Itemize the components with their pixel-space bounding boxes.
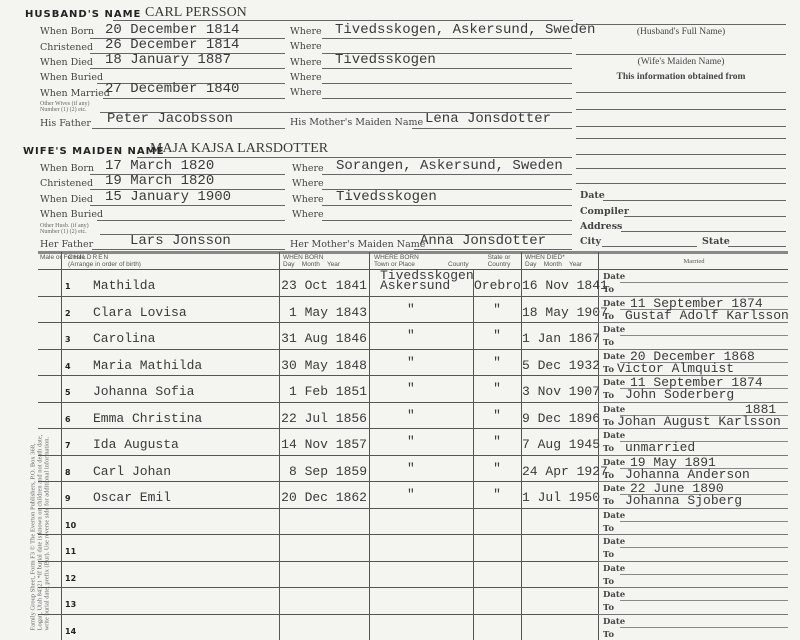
where-label: Where: [292, 194, 324, 205]
where-label: Where: [290, 72, 322, 83]
child-born-state[interactable]: ": [474, 328, 520, 343]
child-born-state[interactable]: Orebro: [474, 278, 520, 293]
child-born-town[interactable]: ": [407, 461, 415, 476]
marriage-to-label: To: [603, 497, 614, 507]
husband-mother-label: His Mother's Maiden Name: [290, 117, 423, 128]
child-died[interactable]: 3 Nov 1907: [522, 384, 596, 399]
husband-other-number-label: Number (1) (2) etc.: [40, 107, 87, 113]
child-number: 10: [65, 521, 76, 530]
header-married: Married: [600, 258, 788, 265]
child-born-town[interactable]: ": [407, 302, 415, 317]
husband-buried-label: When Buried: [40, 72, 103, 83]
wife-born-where[interactable]: Sorangen, Askersund, Sweden: [336, 158, 563, 174]
child-born[interactable]: 8 Sep 1859: [281, 464, 367, 479]
marriage-spouse[interactable]: Gustaf Adolf Karlsson: [625, 308, 789, 323]
wife-father[interactable]: Lars Jonsson: [130, 233, 231, 249]
child-born[interactable]: 1 Feb 1851: [281, 384, 367, 399]
marriage-to-label: To: [603, 630, 614, 640]
child-number: 4: [65, 362, 71, 371]
wife-name[interactable]: MAJA KAJSA LARSDOTTER: [150, 141, 328, 157]
husband-name[interactable]: CARL PERSSON: [145, 5, 247, 21]
header-where-born-sub: Town or Place: [374, 261, 415, 268]
header-children-sub: (Arrange in order of birth): [68, 261, 141, 268]
marriage-date-label: Date: [603, 537, 625, 547]
child-born-town[interactable]: ": [407, 487, 415, 502]
header-where-born: WHERE BORN: [374, 254, 419, 261]
husband-born-label: When Born: [40, 26, 94, 37]
child-name[interactable]: Mathilda: [93, 278, 155, 293]
marriage-to-label: To: [603, 471, 614, 481]
form-publisher-note: Family Group Sheet, Form F3 © The Everto…: [30, 431, 51, 631]
child-died[interactable]: 5 Dec 1932: [522, 358, 596, 373]
husband-married-label: When Married: [40, 88, 110, 99]
marriage-to-label: To: [603, 577, 614, 587]
child-died[interactable]: 7 Aug 1945: [522, 437, 596, 452]
wife-other-number-label: Number (1) (2) etc.: [40, 229, 87, 235]
wife-died[interactable]: 15 January 1900: [105, 189, 231, 205]
wife-buried-label: When Buried: [40, 209, 103, 220]
child-number: 12: [65, 574, 76, 583]
child-number: 13: [65, 600, 76, 609]
marriage-date-label: Date: [603, 299, 625, 309]
husband-mother[interactable]: Lena Jonsdotter: [425, 111, 551, 127]
child-died[interactable]: 16 Nov 1841: [522, 278, 596, 293]
child-name[interactable]: Carl Johan: [93, 464, 171, 479]
header-county: County: [448, 261, 469, 268]
child-name[interactable]: Emma Christina: [93, 411, 202, 426]
where-label: Where: [290, 26, 322, 37]
child-died[interactable]: 18 May 1907: [522, 305, 596, 320]
child-born-town-2[interactable]: Askersund: [380, 278, 450, 293]
marriage-date-label: Date: [603, 431, 625, 441]
wife-maiden-name-caption: (Wife's Maiden Name): [576, 57, 786, 67]
husband-father-label: His Father: [40, 118, 91, 129]
husband-died[interactable]: 18 January 1887: [105, 52, 231, 68]
marriage-date-label: Date: [603, 325, 625, 335]
marriage-to-label: To: [603, 418, 614, 428]
wife-mother-label: Her Mother's Maiden Name: [290, 239, 425, 250]
child-born[interactable]: 30 May 1848: [281, 358, 367, 373]
marriage-to-label: To: [603, 312, 614, 322]
child-born-state[interactable]: ": [474, 487, 520, 502]
wife-mother[interactable]: Anna Jonsdotter: [420, 233, 546, 249]
compiler-label: Compiler: [580, 206, 629, 217]
wife-christened[interactable]: 19 March 1820: [105, 173, 214, 189]
husband-name-heading: HUSBAND'S NAME: [25, 9, 141, 20]
child-born-town[interactable]: ": [407, 408, 415, 423]
marriage-spouse[interactable]: Johanna Anderson: [625, 467, 750, 482]
child-number: 11: [65, 547, 76, 556]
child-number: 7: [65, 441, 71, 450]
child-name[interactable]: Maria Mathilda: [93, 358, 202, 373]
info-obtained-label: This information obtained from: [576, 72, 786, 82]
husband-born[interactable]: 20 December 1814: [105, 22, 239, 38]
child-died[interactable]: 1 Jan 1867: [522, 331, 596, 346]
marriage-date-label: Date: [603, 378, 625, 388]
marriage-to-label: To: [603, 365, 614, 375]
wife-born[interactable]: 17 March 1820: [105, 158, 214, 174]
child-number: 6: [65, 415, 71, 424]
husband-full-name-caption: (Husband's Full Name): [576, 27, 786, 37]
husband-died-label: When Died: [40, 57, 93, 68]
child-born[interactable]: 31 Aug 1846: [281, 331, 367, 346]
where-label: Where: [292, 178, 324, 189]
husband-married[interactable]: 27 December 1840: [105, 81, 239, 97]
child-born[interactable]: 14 Nov 1857: [281, 437, 367, 452]
child-born-town[interactable]: ": [407, 381, 415, 396]
header-when-born: WHEN BORN: [283, 254, 323, 261]
child-born-state[interactable]: ": [474, 302, 520, 317]
child-number: 14: [65, 627, 76, 636]
child-born[interactable]: 20 Dec 1862: [281, 490, 367, 505]
child-born-town[interactable]: ": [407, 328, 415, 343]
marriage-spouse[interactable]: unmarried: [625, 440, 695, 455]
where-label: Where: [292, 163, 324, 174]
child-born-state[interactable]: ": [474, 381, 520, 396]
wife-father-label: Her Father: [40, 239, 93, 250]
child-born-state[interactable]: ": [474, 434, 520, 449]
marriage-to-label: To: [603, 550, 614, 560]
marriage-date-label: Date: [603, 272, 625, 282]
wife-christened-label: Christened: [40, 178, 93, 189]
marriage-date-label: Date: [603, 458, 625, 468]
header-when-died-sub: Day Month Year: [525, 261, 582, 268]
child-born-state[interactable]: ": [474, 355, 520, 370]
wife-name-heading: WIFE'S MAIDEN NAME: [23, 146, 164, 157]
wife-died-where[interactable]: Tivedsskogen: [336, 189, 437, 205]
where-label: Where: [292, 209, 324, 220]
marriage-date-label: Date: [603, 617, 625, 627]
marriage-to-label: To: [603, 285, 614, 295]
header-when-died: WHEN DIED*: [525, 254, 565, 261]
child-born[interactable]: 1 May 1843: [281, 305, 367, 320]
state-label: State: [702, 236, 730, 247]
child-number: 2: [65, 309, 71, 318]
child-number: 3: [65, 335, 71, 344]
marriage-spouse[interactable]: Victor Almquist: [617, 361, 734, 376]
husband-christened-label: Christened: [40, 42, 93, 53]
child-died[interactable]: 24 Apr 1927: [522, 464, 596, 479]
child-name[interactable]: Clara Lovisa: [93, 305, 187, 320]
child-died[interactable]: 9 Dec 1896: [522, 411, 596, 426]
marriage-to-label: To: [603, 391, 614, 401]
child-number: 9: [65, 494, 71, 503]
marriage-to-label: To: [603, 444, 614, 454]
child-born[interactable]: 23 Oct 1841: [281, 278, 367, 293]
child-name[interactable]: Oscar Emil: [93, 490, 171, 505]
child-born-town[interactable]: ": [407, 355, 415, 370]
header-when-born-sub: Day Month Year: [283, 261, 340, 268]
marriage-to-label: To: [603, 338, 614, 348]
husband-christened[interactable]: 26 December 1814: [105, 37, 239, 53]
child-born-town[interactable]: ": [407, 434, 415, 449]
marriage-date-label: Date: [603, 590, 625, 600]
husband-died-where[interactable]: Tivedsskogen: [335, 52, 436, 68]
marriage-date-label: Date: [603, 484, 625, 494]
wife-died-label: When Died: [40, 194, 93, 205]
wife-born-label: When Born: [40, 163, 94, 174]
child-number: 5: [65, 388, 71, 397]
child-born-state[interactable]: ": [474, 461, 520, 476]
where-label: Where: [290, 57, 322, 68]
marriage-to-label: To: [603, 524, 614, 534]
where-label: Where: [290, 41, 322, 52]
marriage-date-label: Date: [603, 511, 625, 521]
child-number: 1: [65, 282, 71, 291]
header-children: CHILDREN: [68, 254, 109, 261]
child-name[interactable]: Ida Augusta: [93, 437, 179, 452]
marriage-to-label: To: [603, 603, 614, 613]
date-label: Date: [580, 190, 605, 201]
marriage-date-label: Date: [603, 564, 625, 574]
husband-born-where[interactable]: Tivedsskogen, Askersund, Sweden: [335, 22, 595, 38]
header-sex: Male or Female: [40, 254, 62, 261]
child-number: 8: [65, 468, 71, 477]
address-label: Address: [580, 221, 622, 232]
child-name[interactable]: Carolina: [93, 331, 155, 346]
marriage-spouse[interactable]: Johan August Karlsson: [617, 414, 781, 429]
child-born-state[interactable]: ": [474, 408, 520, 423]
marriage-spouse[interactable]: Johanna Sjoberg: [625, 493, 742, 508]
city-label: City: [580, 236, 601, 247]
marriage-spouse[interactable]: John Soderberg: [625, 387, 734, 402]
header-state: State or Country: [482, 254, 516, 268]
where-label: Where: [290, 87, 322, 98]
husband-father[interactable]: Peter Jacobsson: [107, 111, 233, 127]
child-name[interactable]: Johanna Sofia: [93, 384, 194, 399]
child-died[interactable]: 1 Jul 1950: [522, 490, 596, 505]
child-born[interactable]: 22 Jul 1856: [281, 411, 367, 426]
